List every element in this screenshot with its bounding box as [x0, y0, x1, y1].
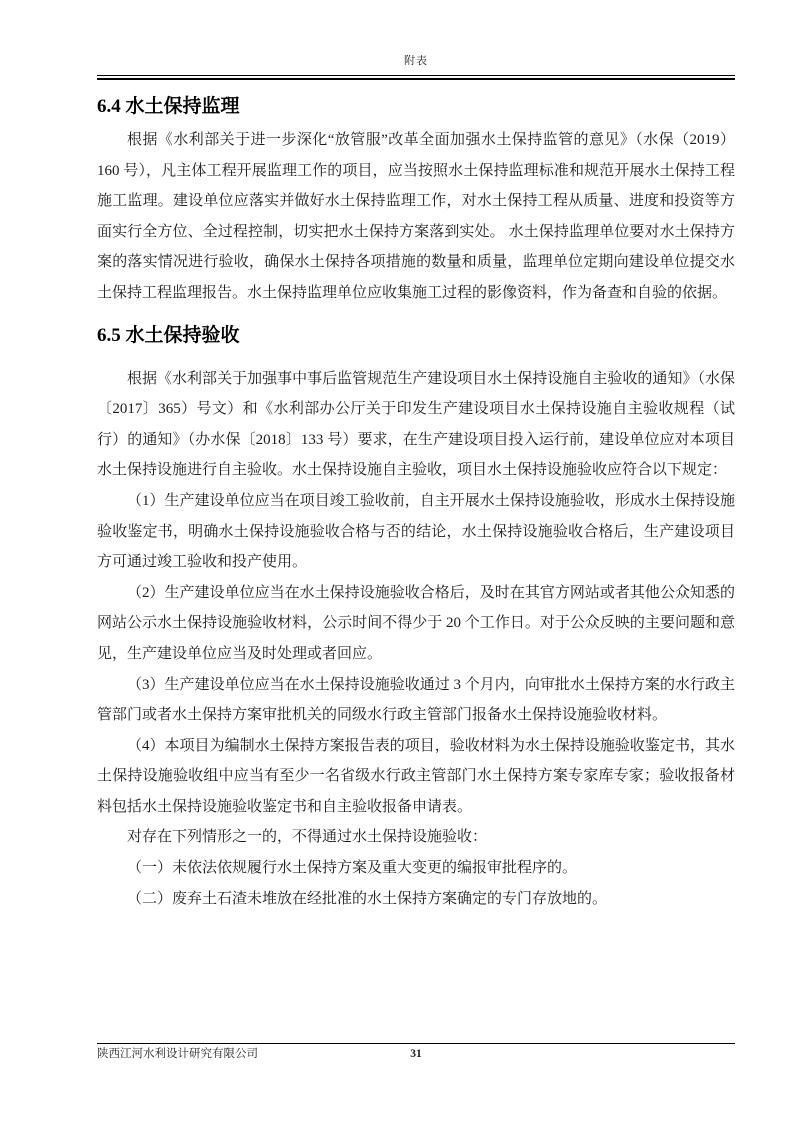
header-rule [97, 75, 735, 80]
section-heading-6-5: 6.5 水土保持验收 [97, 325, 735, 346]
footer-page-number: 31 [410, 1047, 422, 1062]
footer-row: 陕西江河水利设计研究有限公司 31 [97, 1047, 735, 1062]
section-6-5-list-item-1: （一）未依法依规履行水土保持方案及重大变更的编报审批程序的。 [97, 853, 735, 884]
footer-company-name: 陕西江河水利设计研究有限公司 [97, 1047, 258, 1062]
section-6-5-paragraph-4: （3）生产建设单位应当在水土保持设施验收通过 3 个月内，向审批水土保持方案的水… [97, 670, 735, 731]
document-page: 附表 6.4 水土保持监理 根据《水利部关于进一步深化“放管服”改革全面加强水土… [0, 0, 793, 1122]
section-6-4-paragraph-1: 根据《水利部关于进一步深化“放管服”改革全面加强水土保持监管的意见》（水保（20… [97, 125, 735, 309]
section-6-5-paragraph-6: 对存在下列情形之一的，不得通过水土保持设施验收： [97, 822, 735, 853]
page-footer: 陕西江河水利设计研究有限公司 31 [97, 1043, 735, 1062]
section-6-5-paragraph-5: （4）本项目为编制水土保持方案报告表的项目，验收材料为水土保持设施验收鉴定书，其… [97, 731, 735, 823]
section-6-5-paragraph-3: （2）生产建设单位应当在水土保持设施验收合格后，及时在其官方网站或者其他公众知悉… [97, 578, 735, 670]
page-header-label: 附表 [97, 54, 735, 69]
section-6-5-list-item-2: （二）废弃土石渣未堆放在经批准的水土保持方案确定的专门存放地的。 [97, 884, 735, 915]
section-heading-6-4: 6.4 水土保持监理 [97, 96, 735, 117]
section-6-5-paragraph-2: （1）生产建设单位应当在项目竣工验收前，自主开展水土保持设施验收，形成水土保持设… [97, 486, 735, 578]
section-6-5-paragraph-1: 根据《水利部关于加强事中事后监管规范生产建设项目水土保持设施自主验收的通知》（水… [97, 364, 735, 486]
